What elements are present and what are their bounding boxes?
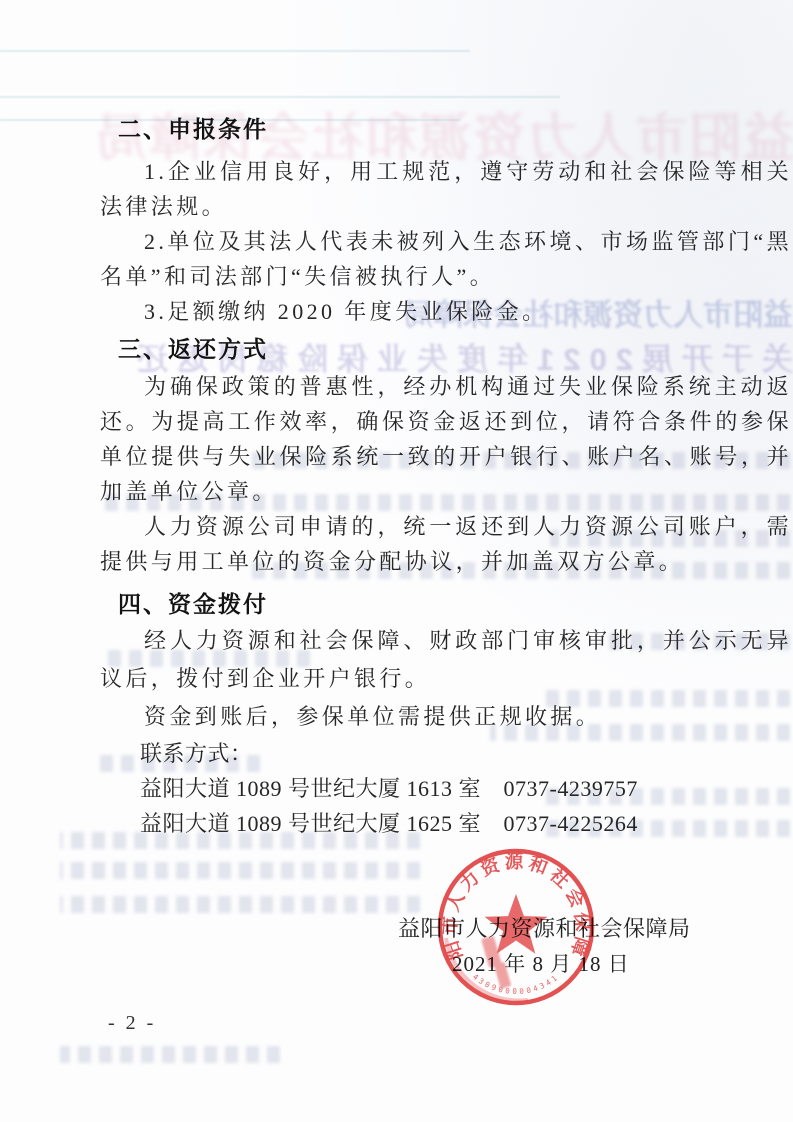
svg-text:益阳市人力资源和社会保障局: 益阳市人力资源和社会保障局: [428, 843, 594, 962]
paragraph: 为确保政策的普惠性，经办机构通过失业保险系统主动返还。为提高工作效率，确保资金返…: [100, 369, 792, 509]
bleed-through-text-smudge: [60, 896, 420, 913]
paragraph: 3.足额缴纳 2020 年度失业保险金。: [100, 294, 792, 329]
paragraph: 1.企业信用良好，用工规范，遵守劳动和社会保险等相关法律法规。: [100, 154, 792, 224]
scan-artifact-line: [0, 50, 470, 52]
contact-address-1: 益阳大道 1089 号世纪大厦 1613 室 0737-4239757: [100, 771, 792, 806]
contact-address-2: 益阳大道 1089 号世纪大厦 1625 室 0737-4225264: [100, 806, 792, 841]
seal-arc-text: 益阳市人力资源和社会保障局: [428, 843, 594, 962]
bleed-through-text-smudge: [60, 1046, 280, 1063]
paragraph: 人力资源公司申请的，统一返还到人力资源公司账户，需提供与用工单位的资金分配协议，…: [100, 509, 792, 579]
paragraph: 经人力资源和社会保障、财政部门审核审批，并公示无异议后，拨付到企业开户银行。: [100, 622, 792, 698]
section-heading-2: 二、申报条件: [118, 112, 792, 147]
section-heading-4: 四、资金拨付: [118, 587, 792, 622]
bleed-through-text-smudge: [60, 862, 420, 879]
scanned-document-page: 益阳市人力资源和社会保障局 益阳市人力资源和社会保障局 关于开展2021年度失业…: [0, 0, 793, 1122]
section-heading-3: 三、返还方式: [118, 332, 792, 367]
contact-label: 联系方式：: [100, 736, 792, 771]
document-body: 二、申报条件 1.企业信用良好，用工规范，遵守劳动和社会保险等相关法律法规。 2…: [100, 112, 792, 841]
page-number: - 2 -: [108, 1012, 156, 1035]
official-seal: 益阳市人力资源和社会保障局 4309000004341: [428, 843, 604, 1015]
section-4: 四、资金拨付 经人力资源和社会保障、财政部门审核审批，并公示无异议后，拨付到企业…: [100, 587, 792, 736]
paragraph: 资金到账后，参保单位需提供正规收据。: [100, 698, 792, 736]
paragraph: 2.单位及其法人代表未被列入生态环境、市场监管部门“黑名单”和司法部门“失信被执…: [100, 224, 792, 294]
